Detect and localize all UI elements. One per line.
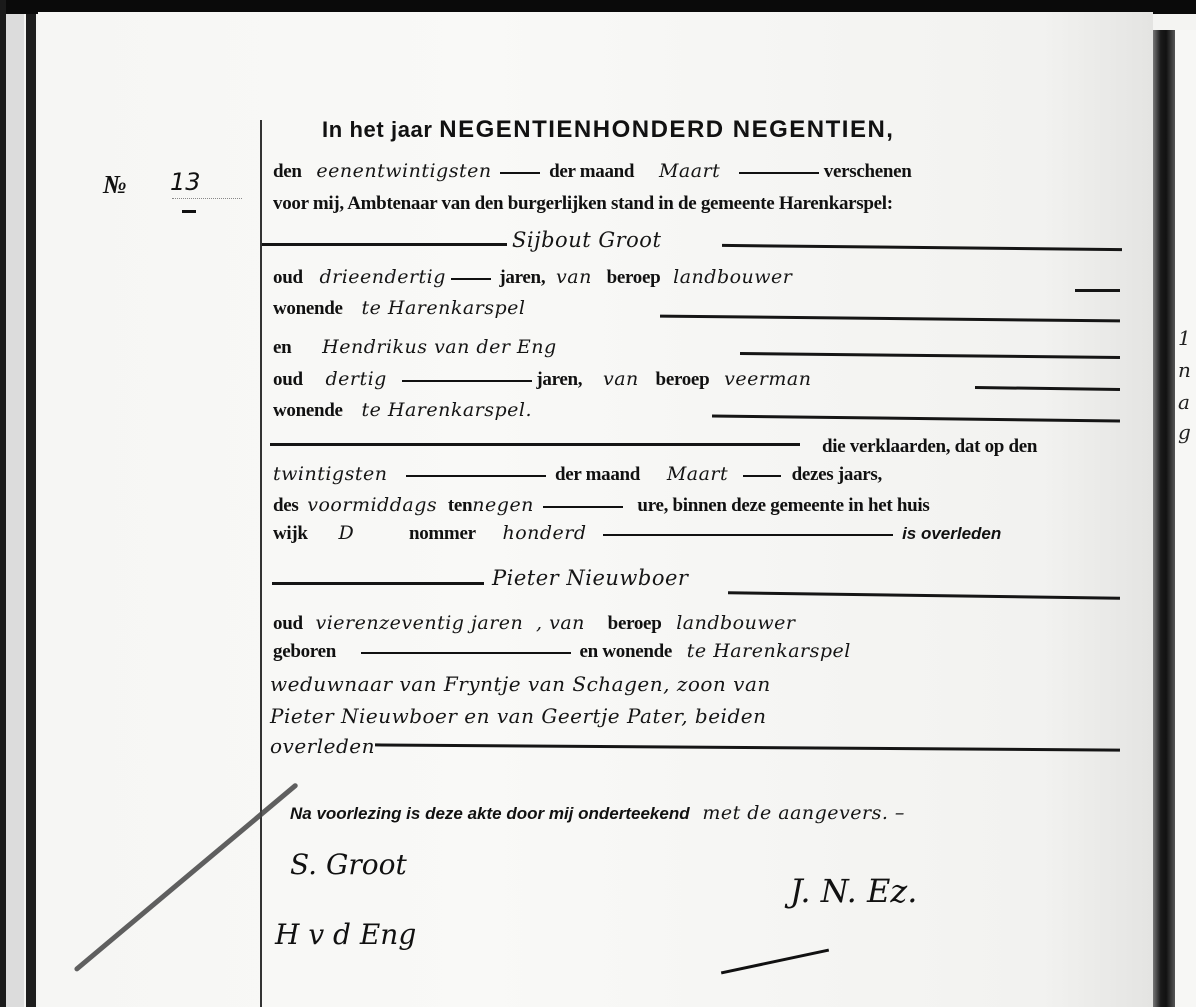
signature-official: J. N. Ez. [790, 872, 917, 910]
informant1-name: Sijbout Groot [512, 228, 661, 252]
occupation-label: beroep [608, 613, 662, 634]
residence-label: wonende [273, 298, 343, 319]
informant2-residence-line: wonende te Harenkarspel. [273, 399, 532, 422]
fill-rule [402, 380, 532, 382]
record-number-underline [182, 210, 196, 213]
fill-rule [543, 506, 623, 508]
des-label: des [273, 495, 299, 516]
age-label: oud [273, 369, 303, 390]
informant2-age: dertig [325, 368, 386, 390]
deceased-details-3: overleden [270, 734, 375, 758]
informant1-age-line: oud drieendertig jaren, van beroep landb… [273, 266, 792, 289]
years-label: jaren, [499, 267, 545, 288]
time-of-day: voormiddags [307, 494, 437, 516]
adjacent-fragment: g [1178, 420, 1191, 444]
year-label: dezes jaars, [792, 464, 882, 485]
previous-page-edge [6, 14, 24, 1007]
signature-informant2: H v d Eng [275, 918, 416, 951]
closing-printed: Na voorlezing is deze akte door mij onde… [290, 804, 690, 823]
fill-rule [500, 172, 540, 174]
month-label: der maand [555, 464, 640, 485]
fill-rule [262, 243, 507, 246]
death-date-line: twintigsten der maand Maart dezes jaars, [273, 463, 882, 486]
informant1-residence: te Harenkarspel [361, 297, 525, 319]
residence-label: wonende [273, 400, 343, 421]
age-label: oud [273, 267, 303, 288]
fill-rule [406, 475, 546, 477]
appeared-label: verschenen [824, 161, 912, 182]
record-number-dotted-line [172, 198, 242, 199]
informant1-residence-line: wonende te Harenkarspel [273, 297, 526, 320]
den-label: den [273, 161, 302, 182]
headline-year: NEGENTIENHONDERD NEGENTIEN, [439, 116, 894, 143]
signature-informant1: S. Groot [290, 848, 407, 881]
next-page-edge [1175, 30, 1196, 1007]
van-handwritten: van [603, 368, 639, 390]
fill-rule [603, 534, 893, 536]
informant2-name-line: en Hendrikus van der Eng [273, 336, 557, 359]
deceased-details-1: weduwnaar van Fryntje van Schagen, zoon … [270, 672, 771, 696]
deceased-occupation: landbouwer [676, 612, 795, 634]
death-hour: negen [472, 494, 534, 516]
informant1-age: drieendertig [319, 266, 445, 288]
wijk-label: wijk [273, 523, 308, 544]
informant2-age-line: oud dertig jaren, van beroep veerman [273, 368, 811, 391]
informant2-residence: te Harenkarspel. [361, 399, 532, 421]
adjacent-fragment: n [1178, 358, 1191, 382]
occupation-label: beroep [607, 267, 661, 288]
intro-line-1: den eenentwintigsten der maand Maart ver… [273, 160, 912, 183]
deceased-details-2: Pieter Nieuwboer en van Geertje Pater, b… [270, 704, 766, 728]
month-handwritten: Maart [659, 160, 720, 182]
age-label: oud [273, 613, 303, 634]
adjacent-fragment: 1 [1178, 326, 1191, 350]
fill-rule [743, 475, 781, 477]
died-text: is overleden [902, 524, 1001, 543]
te-label: ten [448, 495, 472, 516]
fill-rule [270, 443, 800, 446]
fill-rule [361, 652, 571, 654]
deceased-age-line: oud vierenzeventig jaren , van beroep la… [273, 612, 795, 635]
informant2-name: Hendrikus van der Eng [322, 336, 557, 358]
informant2-occupation: veerman [724, 368, 811, 390]
book-spine [1153, 30, 1175, 1007]
record-number: 13 [170, 168, 201, 196]
van-handwritten: van [556, 266, 592, 288]
residence-label: en wonende [580, 641, 673, 662]
van-handwritten: , van [536, 612, 585, 634]
headline: In het jaar NEGENTIENHONDERD NEGENTIEN, [322, 116, 894, 144]
death-day: twintigsten [273, 463, 387, 485]
nummer-label: nommer [409, 523, 476, 544]
adjacent-fragment: a [1178, 390, 1190, 414]
headline-prefix: In het jaar [322, 117, 433, 142]
closing-handwritten: met de aangevers. – [702, 802, 905, 824]
fill-rule [451, 278, 491, 280]
deceased-birth-line: geboren en wonende te Harenkarspel [273, 640, 851, 663]
declared-text: die verklaarden, dat op den [822, 436, 1037, 458]
place-text: ure, binnen deze gemeente in het huis [637, 495, 929, 516]
conj-label: en [273, 337, 291, 358]
years-label: jaren, [536, 369, 582, 390]
born-label: geboren [273, 641, 336, 662]
binding-shadow-left [26, 14, 36, 1007]
fill-rule [1075, 289, 1120, 292]
death-time-line: des voormiddags tennegen ure, binnen dez… [273, 494, 929, 517]
deceased-age: vierenzeventig jaren [315, 612, 523, 634]
wijk-value: D [338, 522, 354, 544]
intro-line-2: voor mij, Ambtenaar van den burgerlijken… [273, 193, 893, 215]
closing-line: Na voorlezing is deze akte door mij onde… [290, 802, 905, 825]
nummer-value: honderd [502, 522, 586, 544]
margin-rule [260, 120, 262, 1007]
death-month: Maart [667, 463, 728, 485]
address-line: wijk D nommer honderd is overleden [273, 522, 1001, 545]
occupation-label: beroep [656, 369, 710, 390]
month-label: der maand [549, 161, 634, 182]
fill-rule [272, 582, 484, 585]
deceased-residence: te Harenkarspel [687, 640, 851, 662]
deceased-name: Pieter Nieuwboer [492, 566, 688, 590]
day-handwritten: eenentwintigsten [316, 160, 491, 182]
record-number-label: № [103, 170, 127, 200]
fill-rule [739, 172, 819, 174]
informant1-occupation: landbouwer [673, 266, 792, 288]
